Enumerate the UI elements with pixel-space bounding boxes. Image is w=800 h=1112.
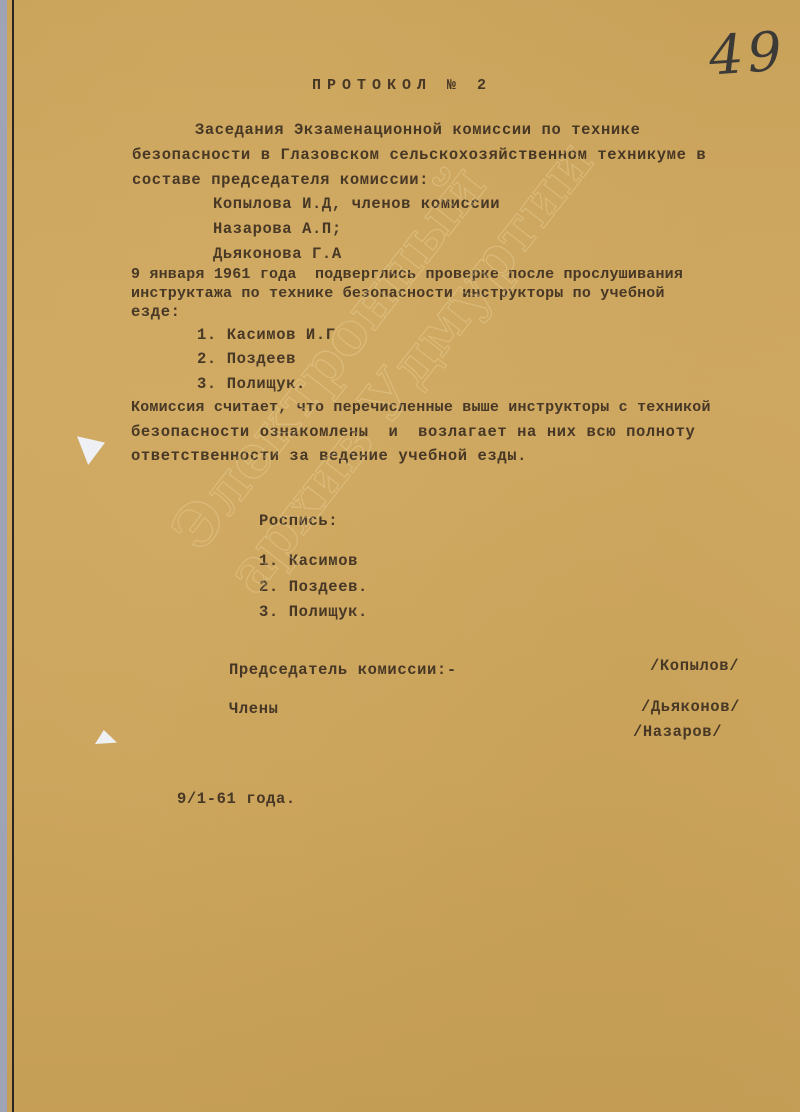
commission-member-2: Назарова А.П; (213, 220, 342, 238)
instructor-1: 1. Касимов И.Г (197, 326, 336, 344)
page-edge (12, 0, 14, 1112)
intro-line-2: безопасности в Глазовском сельскохозяйст… (132, 146, 706, 164)
instructor-2: 2. Поздеев (197, 350, 296, 368)
commission-member-3: Дьяконова Г.А (213, 245, 342, 263)
instructor-3: 3. Полищук. (197, 375, 306, 393)
intro-line-3: составе председателя комиссии: (132, 171, 429, 189)
chairman-name: /Копылов/ (650, 657, 739, 675)
member-name-2: /Назаров/ (633, 723, 722, 741)
signatures-heading: Роспись: (259, 512, 338, 530)
commission-member-1: Копылова И.Д, членов комиссии (213, 195, 500, 213)
intro-line-1: Заседания Экзаменационной комиссии по те… (195, 121, 641, 139)
paragraph-1-line-2: инструктажа по технике безопасности инст… (131, 285, 665, 302)
paper-hole (95, 730, 117, 744)
paragraph-2-line-3: ответственности за ведение учебной езды. (131, 447, 527, 465)
paragraph-1-line-1: 9 января 1961 года подверглись проверке … (131, 266, 683, 283)
document-title: ПРОТОКОЛ № 2 (312, 77, 492, 94)
paper-hole (77, 433, 105, 465)
document-page: 49 ПРОТОКОЛ № 2 Заседания Экзаменационно… (7, 0, 800, 1112)
paragraph-2-line-2: безопасности ознакомлены и возлагает на … (131, 423, 695, 441)
signature-1: 1. Касимов (259, 552, 358, 570)
document-date: 9/1-61 года. (177, 790, 296, 808)
paragraph-1-line-3: езде: (131, 303, 181, 321)
folio-number: 49 (707, 19, 788, 87)
paragraph-2-line-1: Комиссия считает, что перечисленные выше… (131, 399, 711, 416)
chairman-label: Председатель комиссии:- (229, 661, 457, 679)
member-name-1: /Дьяконов/ (641, 698, 740, 716)
members-label: Члены (229, 700, 279, 718)
signature-3: 3. Полищук. (259, 603, 368, 621)
signature-2: 2. Поздеев. (259, 578, 368, 596)
